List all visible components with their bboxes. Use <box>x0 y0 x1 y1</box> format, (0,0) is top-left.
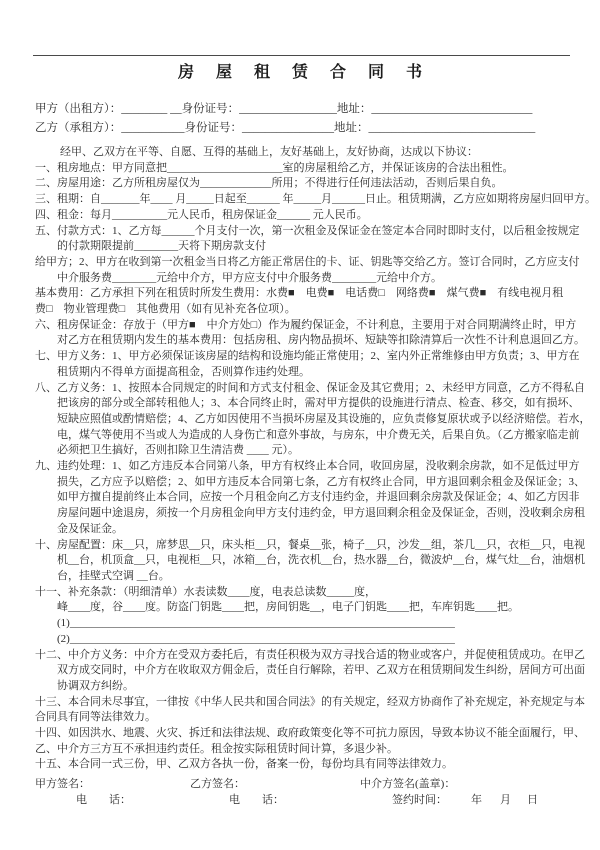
contract-line: 十一、补充条款：（明细清单）水表读数____度，电表总读数_____度， <box>35 585 600 601</box>
contract-line: 五、付款方式：1、乙方每______个月支付一次，第一次租金及保证金在签定本合同… <box>35 224 600 240</box>
contract-line: 短缺应照值或酌情赔偿；4、乙方如因使用不当损坏房屋及其设施的，应负责修复原状或予… <box>57 412 600 428</box>
contract-line: 机__台，机顶盒__只，电视柜__只，冰箱__台，洗衣机__台，热水器__台，微… <box>57 553 600 569</box>
contract-line: 对乙方在租赁期内发生的基本费用：包括房租、房内物品损坏、短缺等扣除清算后一次性不… <box>57 333 600 349</box>
contract-line: 经甲、乙双方在平等、自愿、互得的基础上，友好基础上，友好协商，达成以下协议： <box>35 145 600 161</box>
contract-line: 一、租房地点：甲方同意把_____________________室的房屋租给乙… <box>35 161 600 177</box>
contract-line: 二、房屋用途：乙方所租房屋仅为_____________所用；不得进行任何违法活… <box>35 176 600 192</box>
contract-line: 峰____度，谷____度。防盗门钥匙____把，房间钥匙__，电子门钥匙___… <box>57 600 600 616</box>
contract-line: 必须把卫生搞好，否则扣除卫生清洁费 ____ 元）。 <box>57 443 600 459</box>
contract-body: 经甲、乙双方在平等、自愿、互得的基础上，友好基础上，友好协商，达成以下协议：一、… <box>35 145 600 773</box>
contract-line: 双方成交同时，中介方在收取双方佣金后，责任自行解除，若甲、乙双方在租赁期间发生纠… <box>57 663 600 679</box>
contract-title: 房 屋 租 赁 合 同 书 <box>0 62 600 84</box>
contract-line: 四、租金：每月__________元人民币，租房保证金______ 元人民币。 <box>35 208 600 224</box>
contract-line: 台，挂壁式空调 __台。 <box>57 569 600 585</box>
contract-line: 协调双方纠纷。 <box>57 679 600 695</box>
party-b-phone-label: 电 话： <box>229 791 284 807</box>
contract-line: 三、租期：自_______年____ 月_____日起至______ 年____… <box>35 192 600 208</box>
party-a-signature-label: 甲方签名： <box>35 775 90 791</box>
parties-block: 甲方（出租方）：________ __身份证号：________________… <box>35 100 574 138</box>
contract-line: 如甲方擅自提前终止本合同，应按一个月租金向乙方支付违约金，并退回剩余房款及保证金… <box>57 490 600 506</box>
contract-line: 六、租房保证金：存放于（甲方■ 中介方处□）作为履约保证金，不计利息，主要用于对… <box>35 318 600 334</box>
contract-line: 损失，乙方应予以赔偿；2、如甲方违反本合同第七条，乙方有权终止合同，甲方退回剩余… <box>57 475 600 491</box>
contract-line: 十、房屋配置：床__只，席梦思__只，床头柜__只，餐桌__张，椅子__只，沙发… <box>35 538 600 554</box>
contract-line: 合同具有同等法律效力。 <box>35 710 600 726</box>
contract-line: 金及保证金。 <box>57 522 600 538</box>
month-label: 月 <box>500 791 511 807</box>
year-label: 年 <box>471 791 482 807</box>
contract-line: (2)_____________________________________… <box>57 632 600 648</box>
contract-line: (1)_____________________________________… <box>57 616 600 632</box>
contract-page: 房 屋 租 赁 合 同 书 甲方（出租方）：________ __身份证号：__… <box>0 0 600 850</box>
contract-line: 乙、中介方三方互不承担违约责任。租金按实际租赁时间计算，多退少补。 <box>35 742 600 758</box>
agent-signature-label: 中介方签名(盖章)： <box>360 775 455 791</box>
contract-line: 十五、本合同一式三份，甲、乙双方各执一份，备案一份，每份均具有同等法律效力。 <box>35 757 600 773</box>
contract-line: 电，煤气等使用不当或人为造成的人身伤亡和意外事故，与房东，中介费无关，后果自负。… <box>57 428 600 444</box>
contract-line: 十四、如因洪水、地震、火灾、拆迁和法律法规、政府政策变化等不可抗力原因，导致本协… <box>35 726 600 742</box>
contract-line: 中介服务费________元给中介方，甲方应支付中介服务费________元给中… <box>57 271 600 287</box>
party-line: 乙方（承租方）：___________身份证号：________________… <box>35 119 574 138</box>
header-rule <box>33 55 570 56</box>
contract-line: 七、甲方义务：1、甲方必须保证该房屋的结构和设施均能正常使用；2、室内外正常维修… <box>35 349 600 365</box>
contract-line: 租赁期内不得单方面提高租金，否则算作违约处理。 <box>57 365 600 381</box>
contract-line: 费□ 物业管理费□ 其他费用（如有见补充各位项）。 <box>35 302 600 318</box>
contract-line: 的付款期限提前________天将下期房款支付 <box>57 239 600 255</box>
phone-row: 电 话： 电 话： 签约时间： 年 月 日 <box>0 791 600 807</box>
contract-line: 房屋问题中途退房，须按一个月房租金向甲方支付违约金，甲方退回剩余租金及保证金，否… <box>57 506 600 522</box>
day-label: 日 <box>527 791 538 807</box>
sign-time-label: 签约时间： <box>392 791 447 807</box>
party-line: 甲方（出租方）：________ __身份证号：________________… <box>35 100 574 119</box>
signature-row: 甲方签名： 乙方签名： 中介方签名(盖章)： <box>0 775 600 791</box>
contract-line: 九、违约处理：1、如乙方违反本合同第八条，甲方有权终止本合同，收回房屋，没收剩余… <box>35 459 600 475</box>
party-b-signature-label: 乙方签名： <box>190 775 245 791</box>
contract-line: 八、乙方义务：1、按照本合同规定的时间和方式支付租金、保证金及其它费用；2、未经… <box>35 381 600 397</box>
contract-line: 基本费用：乙方承担下列在租赁时所发生费用：水费■ 电费■ 电话费□ 网络费■ 煤… <box>35 286 600 302</box>
signature-area: 甲方签名： 乙方签名： 中介方签名(盖章)： 电 话： 电 话： 签约时间： 年… <box>0 775 600 806</box>
party-a-phone-label: 电 话： <box>76 791 131 807</box>
contract-line: 十二、中介方义务：中介方在受双方委托后，有责任积极为双方寻找合适的物业或客户，并… <box>35 648 600 664</box>
contract-line: 给甲方；2、甲方在收到第一次租金当日将乙方能正常居住的卡、证、钥匙等交给乙方。签… <box>35 255 600 271</box>
contract-line: 十三、本合同未尽事宜，一律按《中华人民共和国合同法》的有关规定，经双方协商作了补… <box>35 695 600 711</box>
contract-line: 把该房的部分或全部转租他人；3、本合同终止时，需对甲方提供的设施进行清点、检查、… <box>57 396 600 412</box>
